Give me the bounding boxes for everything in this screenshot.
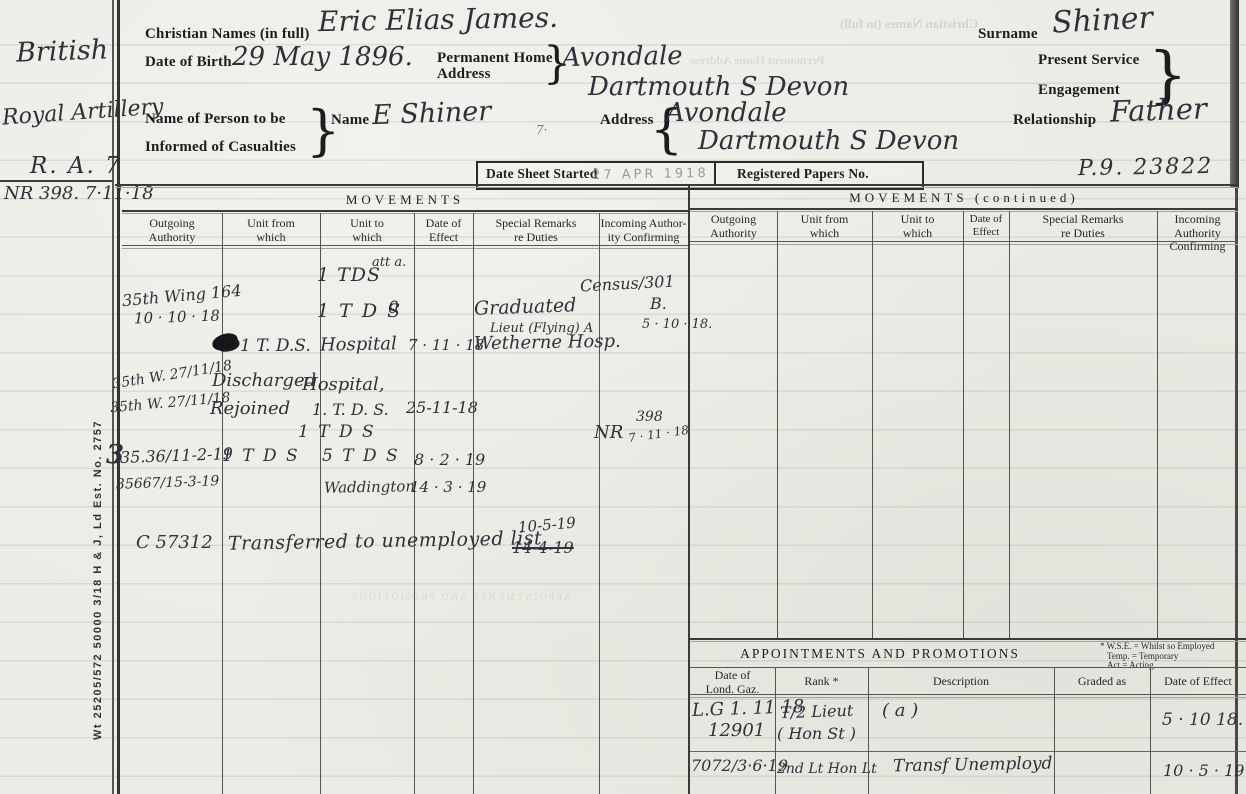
movements-cont-band-rule-shadow (690, 211, 1238, 212)
mov-entry-outgoing: C 57312 (136, 534, 213, 552)
date-stamp: 27 APR 1918 (592, 166, 709, 183)
mov-entry-date-of-effect: 25-11-18 (406, 400, 478, 416)
mov-entry-remarks: Graduated (474, 296, 577, 319)
movements-band-rule (122, 210, 688, 212)
permanent-home-address-label: Address (437, 66, 491, 83)
appointments-col-header: Rank * (775, 675, 868, 689)
movements-band-rule-shadow (122, 213, 688, 214)
col-header-line: Lond. Gaz. (706, 682, 760, 696)
col-header-line: Outgoing (711, 212, 756, 226)
date-sheet-box-divider (714, 161, 716, 186)
mov-entry-incoming: B. (650, 296, 667, 312)
col-header-line: re Duties (1061, 226, 1105, 240)
mov-entry-transfer-date-struck: 14-4-19 (512, 540, 574, 556)
mov-entry-date-of-effect: 0 (388, 300, 399, 317)
col-header-line: which (352, 230, 381, 244)
movements-cont-col-line (1157, 211, 1158, 638)
mov-entry-incoming-date: 5 · 10 · 18. (642, 318, 712, 331)
mov-entry-outgoing: 35th Wing 164 (122, 283, 243, 309)
movements-cont-col-line (1009, 211, 1010, 638)
next-of-kin-label-line1: Name of Person to be (145, 111, 286, 128)
bleed-through-text: Christian Names (in full) (840, 16, 978, 32)
col-header-line: which (903, 226, 932, 240)
next-of-kin-address-label: Address (600, 112, 654, 129)
registered-papers-label: Registered Papers No. (737, 166, 869, 182)
record-card-scan: Christian Names (in full) Permanent Home… (0, 0, 1246, 794)
appointments-band-rule (690, 667, 1246, 668)
relationship-label: Relationship (1013, 112, 1096, 129)
col-header-line: re Duties (514, 230, 558, 244)
section-rule-shadow (115, 187, 1238, 188)
unit-ref-annotation: R. A. 7 (30, 155, 122, 178)
christian-names-label: Christian Names (in full) (145, 26, 310, 43)
appt-date-of-effect: 10 · 5 · 19 (1163, 763, 1244, 779)
col-header-line: Effect (973, 226, 1000, 238)
relationship-value: Father (1110, 94, 1208, 126)
movements-cont-col-header: Special Remarks re Duties (1009, 213, 1157, 240)
movements-cont-col-header: Incoming Authority Confirming (1157, 213, 1238, 254)
appointments-title: APPOINTMENTS AND PROMOTIONS (690, 646, 1070, 662)
scan-edge-line (1235, 186, 1238, 794)
col-header-line: Outgoing (149, 216, 194, 230)
appointments-top-rule (690, 638, 1246, 640)
mov-entry-outgoing: 35667/15-3-19 (116, 474, 220, 492)
surname-value: Shiner (1051, 3, 1153, 38)
mov-entry-incoming: Census/301 (580, 274, 675, 295)
col-header-line: Unit to (901, 212, 935, 226)
appointments-col-header: Date of Effect (1150, 675, 1246, 689)
ink-blot (211, 331, 240, 352)
appt-description: ( a ) (882, 702, 918, 720)
col-header-line: Unit to (350, 216, 384, 230)
engagement-label: Engagement (1038, 82, 1120, 99)
movements-continued-title: MOVEMENTS (continued) (690, 190, 1238, 206)
mov-entry-date-of-effect: 8 · 2 · 19 (414, 452, 485, 468)
col-header-line: ity Confirming (608, 230, 680, 244)
christian-names-value: Eric Elias James. (318, 4, 558, 36)
movements-cont-col-line (777, 211, 778, 638)
movements-col-header: Special Remarks re Duties (473, 217, 599, 244)
appointments-row-divider (690, 751, 1246, 752)
movements-col-line (599, 213, 600, 794)
movements-cont-header-rule-shadow (690, 244, 1238, 245)
col-header-line: Unit from (801, 212, 849, 226)
permanent-home-label: Permanent Home (437, 50, 553, 67)
col-header-line: Incoming Author- (600, 216, 686, 230)
mov-entry-incoming-date: 7 · 11 · 18 (627, 424, 689, 444)
movements-header-rule (122, 245, 688, 246)
mov-entry-unit-to: 5 T D S (322, 448, 400, 465)
movements-col-header: Outgoing Authority (122, 217, 222, 244)
appt-description: Transf Unemployd (893, 756, 1053, 776)
service-corps-annotation: Royal Artillery (1, 96, 164, 129)
appointments-legend-line3: Act = Acting (1107, 661, 1154, 671)
col-header-line: Date of (426, 216, 462, 230)
movements-right-edge (688, 184, 690, 794)
pencil-mark: 7· (536, 124, 547, 136)
date-of-birth-label: Date of Birth (145, 54, 232, 71)
col-header-line: Authority (710, 226, 757, 240)
col-header-line: Rank * (804, 674, 838, 688)
mov-entry-incoming: NR (594, 424, 623, 442)
movements-col-header: Unit from which (222, 217, 320, 244)
appointments-col-header: Graded as (1054, 675, 1150, 689)
appt-date-of-effect: 5 · 10 18. (1162, 712, 1243, 729)
printer-imprint: Wt 25205/572 50000 3/18 H & J, Ld Est. N… (92, 420, 104, 740)
next-of-kin-address-line1: Avondale (666, 100, 787, 126)
mov-entry-unit-to-note: att a. (372, 256, 406, 269)
col-header-line: Date of Effect (1164, 674, 1232, 688)
movements-cont-band-rule (690, 208, 1238, 210)
movements-cont-header-rule (690, 241, 1238, 242)
surname-label: Surname (978, 26, 1038, 43)
appointments-col-header: Date of Lond. Gaz. (690, 669, 775, 696)
mov-entry-outgoing: 35.36/11-2-19 (120, 446, 233, 466)
mov-entry-unit-from: Rejoined (210, 400, 290, 418)
mov-entry-unit-to: 1 T D S (298, 424, 376, 441)
movements-cont-col-header: Outgoing Authority (690, 213, 777, 240)
mov-entry-unit-to: Waddington (324, 479, 415, 496)
col-header-line: which (810, 226, 839, 240)
col-header-line: Date of (970, 213, 1003, 225)
col-header-line: which (256, 230, 285, 244)
next-of-kin-name-value: E Shiner (372, 98, 492, 129)
col-header-line: Graded as (1078, 674, 1126, 688)
col-header-line: Date of (715, 668, 751, 682)
col-header-line: Confirming (1170, 239, 1226, 253)
movements-col-header: Unit to which (320, 217, 414, 244)
movements-cont-col-line (963, 211, 964, 638)
appt-gazette-ref: 7072/3·6·19 (691, 758, 788, 774)
appointments-col-header: Description (868, 675, 1054, 689)
movements-cont-col-header: Date of Effect (963, 213, 1009, 238)
nationality-annotation: British (16, 36, 109, 66)
col-header-line: Incoming Authority (1174, 212, 1221, 240)
col-header-line: Special Remarks (496, 216, 577, 230)
mov-entry-transfer-note: Transferred to unemployed list (228, 529, 543, 553)
movements-col-header: Date of Effect (414, 217, 473, 244)
appt-rank: T/2 Lieut (780, 703, 854, 722)
appt-rank: 2nd Lt Hon Lt (777, 762, 877, 776)
permanent-home-value-line1: Avondale (562, 43, 683, 71)
next-of-kin-address-line2: Dartmouth S Devon (698, 128, 959, 154)
mov-entry-date-of-effect: 14 · 3 · 19 (410, 480, 486, 495)
bleed-through-text: Permanent Home Address (690, 53, 824, 68)
date-of-birth-value: 29 May 1896. (232, 44, 413, 70)
movements-header-rule-shadow (122, 248, 688, 249)
next-of-kin-label-line2: Informed of Casualties (145, 139, 296, 156)
mov-entry-incoming: Wetherne Hosp. (474, 333, 621, 354)
date-sheet-started-label: Date Sheet Started (486, 166, 598, 182)
col-header-line: Description (933, 674, 989, 688)
registered-papers-ref: P.9. 23822 (1078, 156, 1214, 180)
col-header-line: Effect (429, 230, 458, 244)
movements-cont-col-header: Unit from which (777, 213, 872, 240)
mov-entry-unit-to: Hospital (320, 335, 397, 354)
movements-cont-col-header: Unit to which (872, 213, 963, 240)
present-service-label: Present Service (1038, 52, 1139, 69)
permanent-home-value-line2: Dartmouth S Devon (588, 74, 849, 100)
movements-col-header: Incoming Author- ity Confirming (599, 217, 688, 244)
mov-entry-unit-to: Hospital, (302, 376, 385, 394)
mov-entry-transfer-date-new: 10-5-19 (517, 516, 576, 536)
mov-entry-unit-from: Discharged (212, 372, 316, 390)
appt-rank: ( Hon St ) (777, 726, 856, 742)
section-rule (115, 184, 1238, 186)
col-header-line: Authority (149, 230, 196, 244)
scan-edge-strip (1230, 0, 1239, 188)
next-of-kin-name-label: Name (331, 112, 369, 129)
appt-gazette-ref: 12901 (708, 722, 765, 740)
margin-underline (0, 180, 113, 182)
mov-entry-incoming: 398 (636, 410, 663, 424)
mov-entry-unit-from: 1 T. D.S. (240, 338, 311, 355)
movements-title: MOVEMENTS (122, 192, 688, 208)
movements-cont-col-line (872, 211, 873, 638)
bleed-through-text: APPOINTMENTS AND PROMOTIONS (350, 592, 571, 603)
mov-entry-unit-to: 1. T. D. S. (312, 402, 389, 418)
mov-entry-unit-from: 1 T D S (222, 448, 300, 465)
col-header-line: Unit from (247, 216, 295, 230)
movements-col-line (414, 213, 415, 794)
mov-entry-outgoing-date: 10 · 10 · 18 (134, 309, 220, 327)
mov-entry-date-of-effect: 7 · 11 · 18 (408, 338, 484, 353)
col-header-line: Special Remarks (1043, 212, 1124, 226)
